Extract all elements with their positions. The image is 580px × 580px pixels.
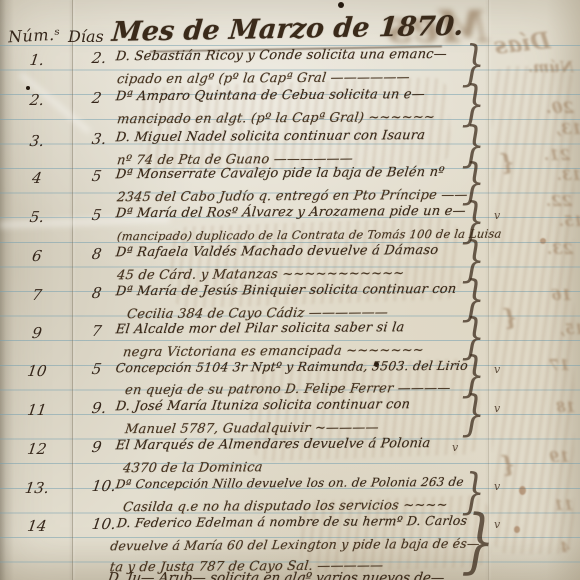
entry-line: Dª Amparo Quintana de Cebua solicita un … [114, 87, 477, 112]
entry-line: El Alcalde mor del Pilar solicita saber … [114, 320, 477, 345]
check-mark: v [494, 480, 500, 493]
entry-number: 4 [17, 169, 58, 187]
entry-line: D. Sebastián Ricoy y Conde solicita una … [114, 47, 477, 72]
check-mark: v [494, 363, 500, 376]
entry-line: Dª Monserrate Cavalejo pide la baja de B… [114, 165, 477, 190]
manuscript-page: Mes Días Núm. 20. 13, 21. 13. 22. 15. 23… [0, 0, 580, 580]
entry-line: D. Miguel Nadel solicita continuar con I… [114, 128, 477, 153]
entry-number: 13. [17, 479, 58, 497]
entry-line: devuelve á María 60 del Lexington y pide… [109, 535, 476, 560]
entry-number: 6 [17, 247, 58, 265]
entry-line: Dª María de Jesús Biniquier solicita con… [114, 282, 477, 307]
entry-number: 9 [17, 324, 58, 342]
entry-line: D. Federico Edelman á nombre de su hermº… [115, 513, 478, 538]
entry-line: Dª Rafaela Valdés Machado devuelve á Dám… [114, 243, 477, 268]
partial-entry: D. Ju— Arub— solicita en algº varios nue… [107, 570, 509, 580]
check-mark: v [494, 209, 500, 222]
entry-number: 7 [17, 286, 58, 304]
column-header-dias: Días [68, 27, 104, 46]
entry-number: 10 [17, 362, 58, 380]
entry-number: 5. [17, 208, 58, 226]
entry-line: D. José María Ituniza solicita continuar… [114, 397, 477, 422]
entry-number: 11 [17, 401, 58, 419]
check-mark: v [452, 441, 458, 454]
entry-number: 3. [17, 132, 58, 150]
entry-line: Dª Concepción Nillo devuelve los on. de … [114, 475, 477, 500]
brace-flourish: } [461, 386, 485, 442]
entry-number: 2. [17, 91, 58, 109]
check-mark: v [494, 518, 500, 531]
column-header-num: Núm.ˢ [8, 25, 61, 47]
page-title: Mes de Marzo de 1870. [111, 11, 444, 48]
entry-number: 14 [17, 517, 58, 535]
entry-line: Concepción 5104 3r Nptº y Raimunda, 5503… [114, 358, 477, 383]
ink-dot [338, 2, 344, 8]
ledger-entry: 2. 2 Dª Amparo Quintana de Cebua solicit… [0, 88, 580, 134]
entry-line: El Marqués de Almendares devuelve á Polo… [114, 436, 477, 461]
check-mark: v [494, 402, 500, 415]
entry-line: Dª María del Rosº Álvarez y Arozamena pi… [114, 204, 477, 229]
entry-number: 1. [17, 51, 58, 69]
brace-flourish: } [461, 501, 496, 580]
entry-number: 12 [17, 440, 58, 458]
